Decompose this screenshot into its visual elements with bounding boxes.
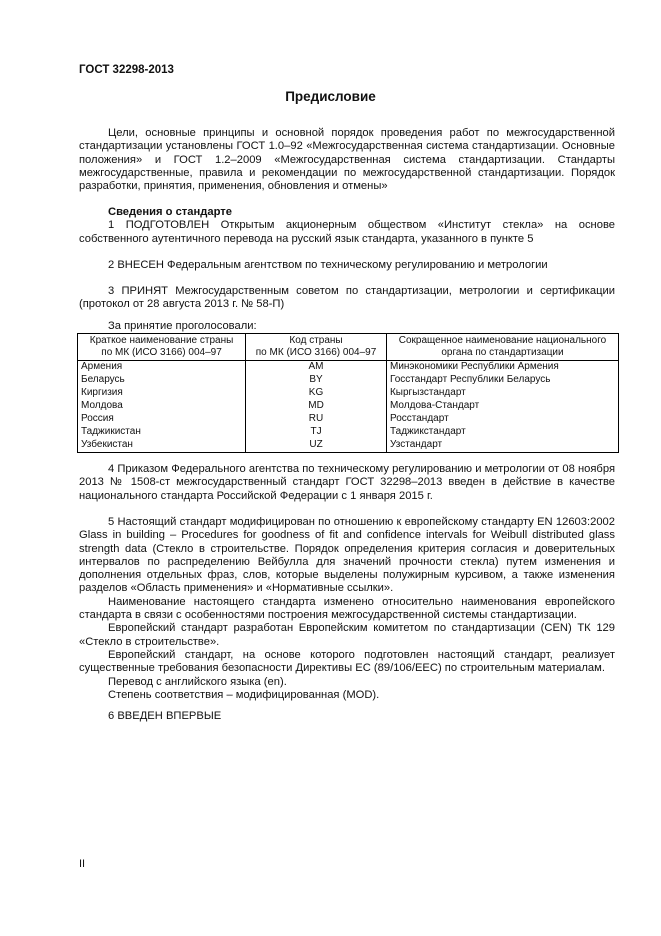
item-3: 3 ПРИНЯТ Межгосударственным советом по с… xyxy=(79,285,615,312)
standard-info-section: Сведения о стандарте 1 ПОДГОТОВЛЕН Откры… xyxy=(79,206,615,246)
item-5: 5 Настоящий стандарт модифицирован по от… xyxy=(79,516,615,702)
text-line: За принятие проголосовали: xyxy=(79,320,615,333)
cell-body: Минэкономики Республики Армения xyxy=(386,360,618,374)
text-line: положения» и ГОСТ 1.2–2009 «Межгосударст… xyxy=(79,154,615,167)
text-line: 2013 № 1508-ст межгосударственный станда… xyxy=(79,476,615,489)
text-line: стандартизации установлены ГОСТ 1.0–92 «… xyxy=(79,140,615,153)
text-line: разработки, принятия, применения, обновл… xyxy=(79,180,615,193)
cell-body: Кыргызстандарт xyxy=(386,387,618,400)
cell-country: Киргизия xyxy=(78,387,246,400)
text-line: Перевод с английского языка (en). xyxy=(79,676,615,689)
cell-body: Таджикстандарт xyxy=(386,426,618,439)
cell-body: Росстандарт xyxy=(386,413,618,426)
cell-code: TJ xyxy=(246,426,387,439)
table-header-row: Краткое наименование страныпо МК (ИСО 31… xyxy=(78,334,619,361)
text-line: 4 Приказом Федерального агентства по тех… xyxy=(79,463,615,476)
item-6: 6 ВВЕДЕН ВПЕРВЫЕ xyxy=(79,710,615,723)
cell-code: RU xyxy=(246,413,387,426)
table-row: АрменияAMМинэкономики Республики Армения xyxy=(78,360,619,374)
text-line: «Стекло в строительстве». xyxy=(79,636,615,649)
cell-code: KG xyxy=(246,387,387,400)
cell-body: Узстандарт xyxy=(386,439,618,453)
document-id: ГОСТ 32298-2013 xyxy=(79,64,174,76)
text-line: 1 ПОДГОТОВЛЕН Открытым акционерным общес… xyxy=(79,219,615,232)
cell-country: Молдова xyxy=(78,400,246,413)
text-line: разделов «Область применения» и «Нормати… xyxy=(79,582,615,595)
table-row: УзбекистанUZУзстандарт xyxy=(78,439,619,453)
text-line: интервалов по распределению Вейбулла для… xyxy=(79,556,615,569)
intro-paragraph: Цели, основные принципы и основной поряд… xyxy=(79,127,615,193)
table-row: БеларусьBYГосстандарт Республики Беларус… xyxy=(78,374,619,387)
cell-country: Таджикистан xyxy=(78,426,246,439)
column-header-country: Краткое наименование страныпо МК (ИСО 31… xyxy=(78,334,246,361)
text-line: 5 Настоящий стандарт модифицирован по от… xyxy=(79,516,615,529)
item-4: 4 Приказом Федерального агентства по тех… xyxy=(79,463,615,503)
text-line: национального стандарта Российской Федер… xyxy=(79,490,615,503)
column-header-code: Код страныпо МК (ИСО 3166) 004–97 xyxy=(246,334,387,361)
text-line: (протокол от 28 августа 2013 г. № 58-П) xyxy=(79,298,615,311)
document-page: ГОСТ 32298-2013 Предисловие Цели, основн… xyxy=(0,0,661,936)
column-header-body: Сокращенное наименование национальногоор… xyxy=(386,334,618,361)
table-row: ТаджикистанTJТаджикстандарт xyxy=(78,426,619,439)
table-row: МолдоваMDМолдова-Стандарт xyxy=(78,400,619,413)
text-line: Glass in building – Procedures for goodn… xyxy=(79,529,615,542)
text-line: Степень соответствия – модифицированная … xyxy=(79,689,615,702)
table-row: РоссияRUРосстандарт xyxy=(78,413,619,426)
page-title: Предисловие xyxy=(0,89,661,104)
table-row: КиргизияKGКыргызстандарт xyxy=(78,387,619,400)
text-line: стандарта в связи с особенностями постро… xyxy=(79,609,615,622)
text-line: существенные требования безопасности Дир… xyxy=(79,662,615,675)
text-line: strength data (Стекло в строительстве. П… xyxy=(79,543,615,556)
item-2: 2 ВНЕСЕН Федеральным агентством по техни… xyxy=(79,259,615,272)
voting-table: Краткое наименование страныпо МК (ИСО 31… xyxy=(77,333,619,453)
cell-country: Россия xyxy=(78,413,246,426)
text-line: Цели, основные принципы и основной поряд… xyxy=(79,127,615,140)
cell-country: Армения xyxy=(78,360,246,374)
cell-code: BY xyxy=(246,374,387,387)
section-heading: Сведения о стандарте xyxy=(79,206,615,219)
cell-code: AM xyxy=(246,360,387,374)
cell-body: Госстандарт Республики Беларусь xyxy=(386,374,618,387)
cell-body: Молдова-Стандарт xyxy=(386,400,618,413)
cell-country: Беларусь xyxy=(78,374,246,387)
text-line: 2 ВНЕСЕН Федеральным агентством по техни… xyxy=(79,259,615,272)
text-line: 3 ПРИНЯТ Межгосударственным советом по с… xyxy=(79,285,615,298)
text-line: Европейский стандарт, на основе которого… xyxy=(79,649,615,662)
text-line: межгосударственные, правила и рекомендац… xyxy=(79,167,615,180)
cell-country: Узбекистан xyxy=(78,439,246,453)
cell-code: MD xyxy=(246,400,387,413)
text-line: собственного аутентичного перевода на ру… xyxy=(79,233,615,246)
text-line: Наименование настоящего стандарта измене… xyxy=(79,596,615,609)
text-line: дополнения отдельных фраз, слов, которые… xyxy=(79,569,615,582)
cell-code: UZ xyxy=(246,439,387,453)
text-line: 6 ВВЕДЕН ВПЕРВЫЕ xyxy=(79,710,615,723)
text-line: Европейский стандарт разработан Европейс… xyxy=(79,622,615,635)
page-number: II xyxy=(79,858,85,870)
voted-label: За принятие проголосовали: xyxy=(79,320,615,333)
